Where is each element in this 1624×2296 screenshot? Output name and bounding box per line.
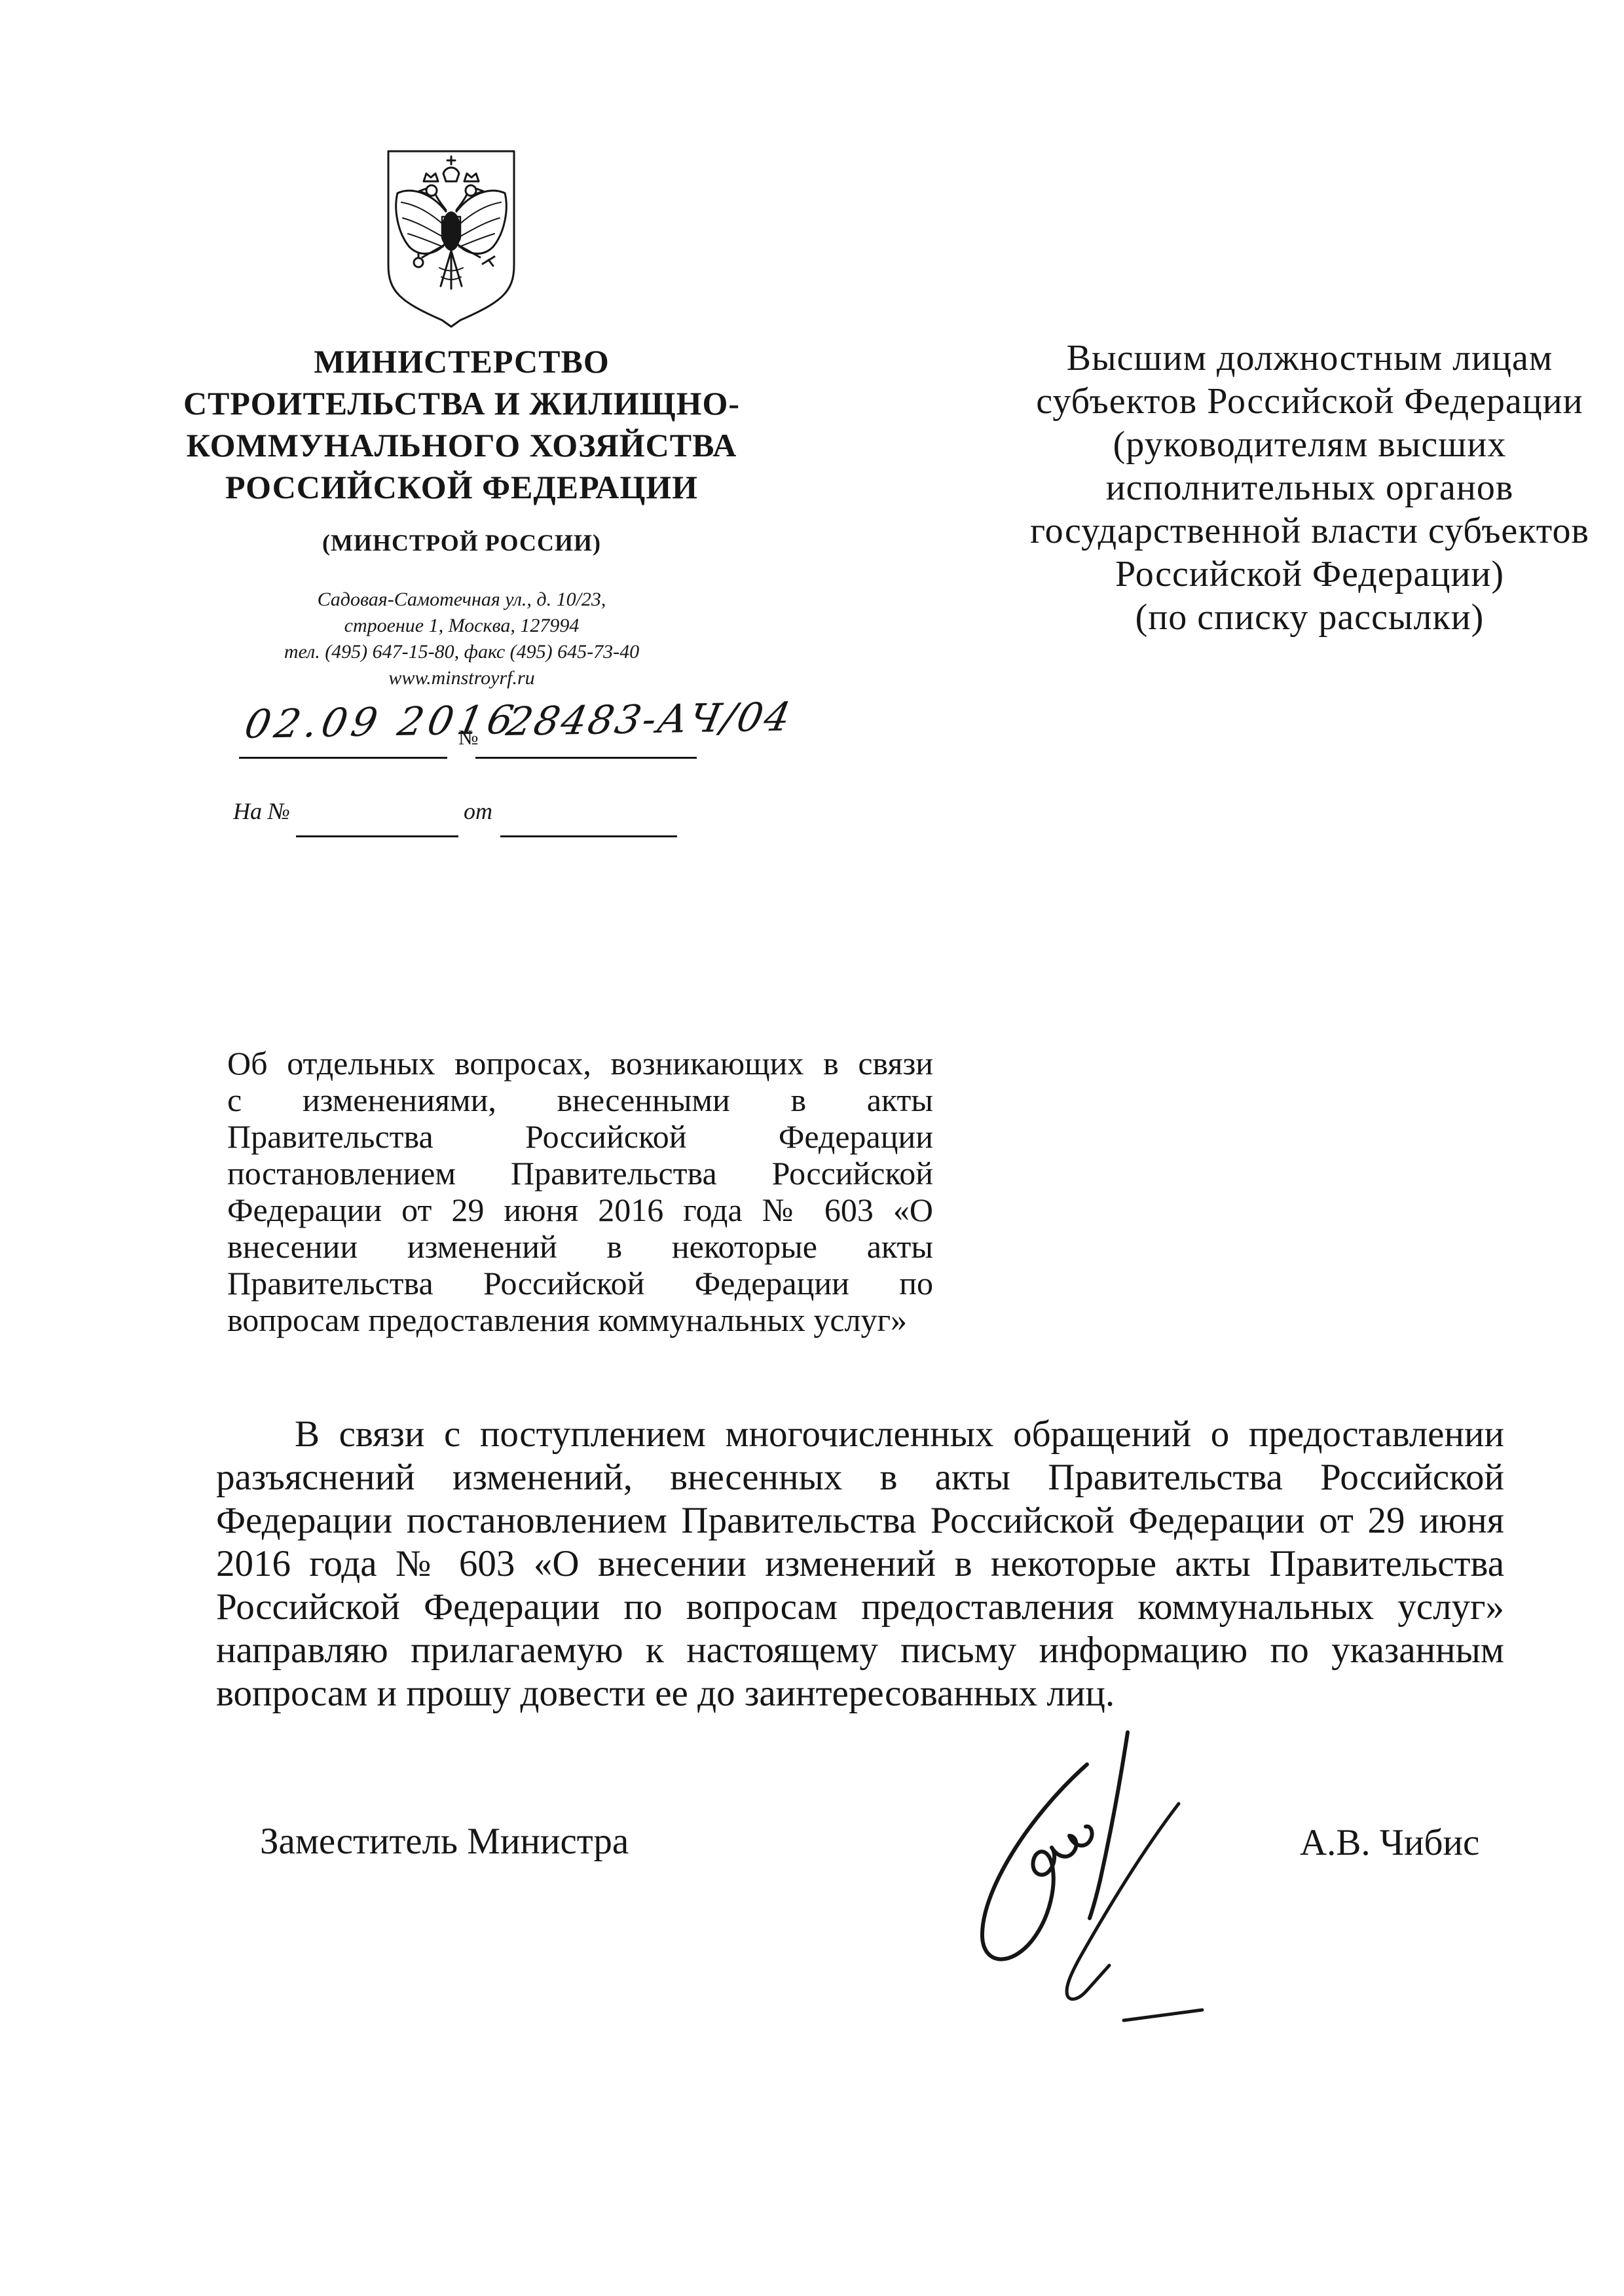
reg-date-handwritten: 02.09 2016 — [241, 697, 522, 748]
body-line: вопросам и прошу довести ее до заинтерес… — [216, 1672, 1504, 1715]
recipient-line: государственной власти субъектов — [989, 509, 1624, 553]
address-line: Садовая-Самотечная ул., д. 10/23, — [157, 587, 766, 613]
recipient-line: Российской Федерации) — [989, 553, 1624, 596]
recipient-line: (по списку рассылки) — [989, 596, 1624, 639]
reply-underline — [500, 835, 677, 837]
subject-line: постановлением Правительства Российской — [227, 1155, 933, 1192]
body-line: 2016 года № 603 «О внесении изменений в … — [216, 1542, 1504, 1586]
handwritten-signature-mark — [871, 1728, 1238, 2043]
ministry-name-line: КОММУНАЛЬНОГО ХОЗЯЙСТВА — [157, 424, 766, 466]
subject-block: Об отдельных вопросах, возникающих в свя… — [227, 1045, 933, 1338]
reg-number-handwritten: 28483-АЧ/04 — [503, 694, 796, 745]
body-paragraph: В связи с поступлением многочисленных об… — [216, 1413, 1504, 1715]
body-line: Российской Федерации по вопросам предост… — [216, 1586, 1504, 1629]
subject-line: Федерации от 29 июня 2016 года № 603 «О — [227, 1192, 933, 1228]
ministry-name-line: МИНИСТЕРСТВО — [157, 340, 766, 382]
ministry-name-line: СТРОИТЕЛЬСТВА И ЖИЛИЩНО- — [157, 382, 766, 424]
subject-line: Правительства Российской Федерации по — [227, 1265, 933, 1302]
subject-line: Правительства Российской Федерации — [227, 1118, 933, 1155]
subject-line: Об отдельных вопросах, возникающих в свя… — [227, 1045, 933, 1082]
body-line: разъяснений изменений, внесенных в акты … — [216, 1456, 1504, 1499]
address-line: тел. (495) 647-15-80, факс (495) 645-73-… — [157, 639, 766, 665]
signer-title: Заместитель Министра — [260, 1820, 629, 1863]
recipient-block: Высшим должностным лицам субъектов Росси… — [989, 337, 1624, 639]
reply-prefix: На № — [233, 797, 290, 825]
subject-line: вопросам предоставления коммунальных усл… — [227, 1302, 933, 1338]
body-line: В связи с поступлением многочисленных об… — [216, 1413, 1504, 1456]
reply-from-label: от — [464, 797, 492, 825]
body-line: направляю прилагаемую к настоящему письм… — [216, 1629, 1504, 1672]
recipient-line: Высшим должностным лицам — [989, 337, 1624, 380]
signer-name: А.В. Чибис — [1300, 1821, 1479, 1864]
subject-line: внесении изменений в некоторые акты — [227, 1228, 933, 1265]
russia-coat-of-arms-icon — [380, 147, 522, 329]
ministry-name-line: РОССИЙСКОЙ ФЕДЕРАЦИИ — [157, 466, 766, 508]
reg-underline — [475, 757, 697, 759]
body-line: Федерации постановлением Правительства Р… — [216, 1499, 1504, 1542]
scanned-letter-page: МИНИСТЕРСТВО СТРОИТЕЛЬСТВА И ЖИЛИЩНО- КО… — [0, 0, 1624, 2296]
ministry-name-block: МИНИСТЕРСТВО СТРОИТЕЛЬСТВА И ЖИЛИЩНО- КО… — [157, 340, 766, 508]
ministry-short-name: (МИНСТРОЙ РОССИИ) — [157, 528, 766, 558]
reg-underline — [239, 757, 447, 759]
address-line: www.minstroyrf.ru — [157, 665, 766, 691]
recipient-line: субъектов Российской Федерации — [989, 380, 1624, 423]
address-block: Садовая-Самотечная ул., д. 10/23, строен… — [157, 587, 766, 691]
recipient-line: (руководителям высших — [989, 423, 1624, 466]
reply-underline — [296, 835, 458, 837]
number-sign: № — [458, 725, 479, 750]
subject-line: с изменениями, внесенными в акты — [227, 1082, 933, 1118]
address-line: строение 1, Москва, 127994 — [157, 613, 766, 639]
recipient-line: исполнительных органов — [989, 466, 1624, 509]
